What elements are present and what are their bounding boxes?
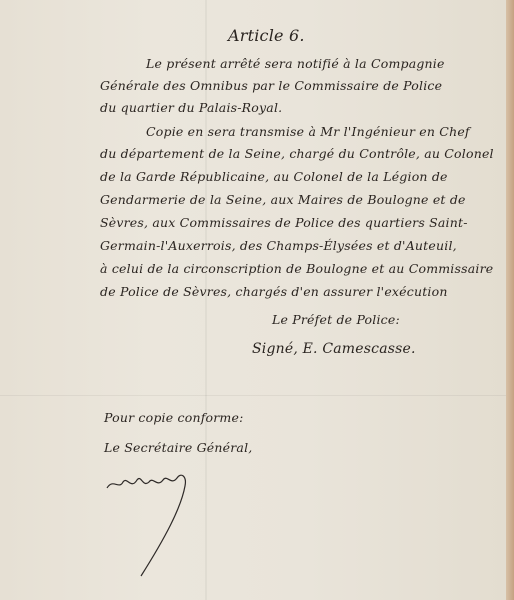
- paragraph1-line: du quartier du Palais-Royal.: [100, 100, 282, 115]
- document-page: Article 6. Le présent arrêté sera notifi…: [0, 0, 506, 600]
- paragraph2-line: de Police de Sèvres, chargés d'en assure…: [100, 284, 448, 299]
- article-heading: Article 6.: [228, 26, 305, 45]
- paper-fold-horizontal: [0, 395, 506, 396]
- paragraph2-line: Gendarmerie de la Seine, aux Maires de B…: [100, 192, 466, 207]
- paragraph2-line: à celui de la circonscription de Boulogn…: [100, 261, 493, 276]
- prefect-signature: Signé, E. Camescasse.: [252, 341, 416, 357]
- paragraph2-line: de la Garde Républicaine, au Colonel de …: [100, 169, 448, 184]
- secretary-title: Le Secrétaire Général,: [104, 440, 252, 455]
- paragraph2-line: Copie en sera transmise à Mr l'Ingénieur…: [146, 124, 470, 139]
- certification-line: Pour copie conforme:: [104, 410, 244, 425]
- handwritten-signature: [105, 468, 205, 588]
- prefect-title: Le Préfet de Police:: [272, 312, 400, 327]
- paragraph1-line: Le présent arrêté sera notifié à la Comp…: [146, 56, 445, 71]
- paragraph2-line: Germain-l'Auxerrois, des Champs-Élysées …: [100, 238, 457, 253]
- paragraph2-line: Sèvres, aux Commissaires de Police des q…: [100, 215, 468, 230]
- paragraph2-line: du département de la Seine, chargé du Co…: [100, 146, 494, 161]
- paragraph1-line: Générale des Omnibus par le Commissaire …: [100, 78, 442, 93]
- page-edge: [506, 0, 514, 600]
